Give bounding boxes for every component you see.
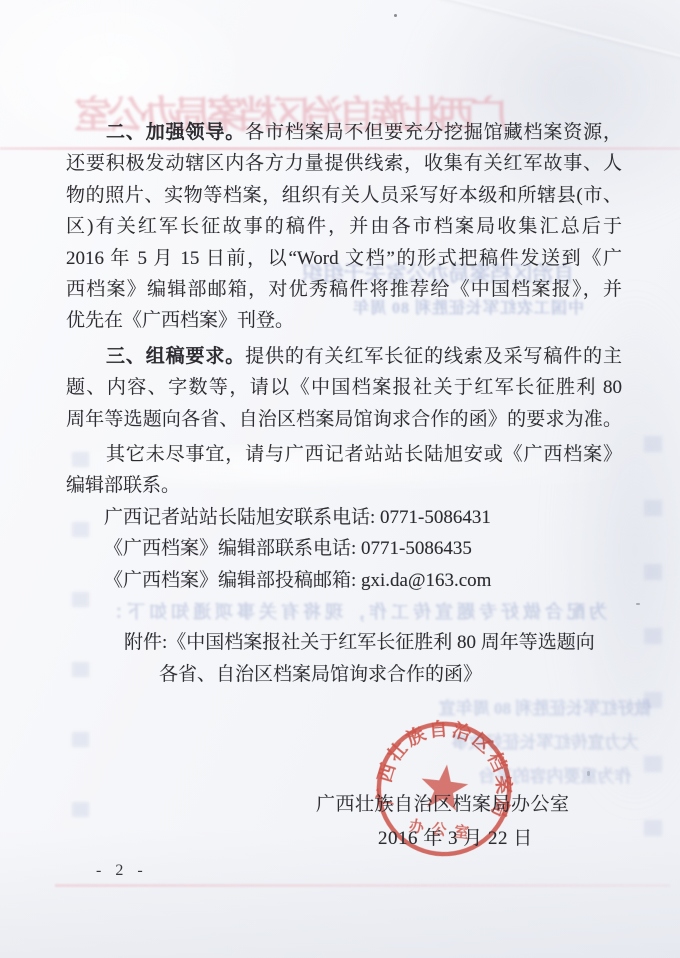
- bleedthrough-letterhead-rule-bottom: [55, 884, 670, 887]
- contact-info-block: 广西记者站站长陆旭安联系电话: 0771-5086431 《广西档案》编辑部联系…: [66, 502, 622, 596]
- body-line: 物的照片、实物等档案，组织有关人员采写好本级和所辖县(市、: [66, 180, 622, 211]
- bleedthrough-right-margin-marks: [644, 436, 662, 866]
- paper-speck: [394, 14, 397, 17]
- body-line: 区)有关红军长征故事的稿件，并由各市档案局收集汇总后于: [66, 211, 622, 242]
- body-line: 2016 年 5 月 15 日前，以“Word 文档”的形式把稿件发送到《广: [66, 243, 622, 274]
- body-line: 西档案》编辑部邮箱，对优秀稿件将推荐给《中国档案报》，并: [66, 274, 622, 305]
- body-line: 三、组稿要求。提供的有关红军长征的线索及采写稿件的主: [66, 341, 622, 372]
- section-heading: 三、组稿要求。: [106, 346, 245, 367]
- signature-organization: 广西壮族自治区档案局办公室: [316, 789, 570, 816]
- paragraph-section-2: 二、加强领导。各市档案局不但要充分挖掘馆藏档案资源， 还要积极发动辖区内各方力量…: [66, 117, 622, 337]
- body-line: 编辑部联系。: [66, 470, 622, 501]
- body-line: 二、加强领导。各市档案局不但要充分挖掘馆藏档案资源，: [66, 117, 622, 148]
- section-heading: 二、加强领导。: [106, 122, 245, 143]
- paragraph-section-4: 其它未尽事宜，请与广西记者站站长陆旭安或《广西档案》 编辑部联系。: [66, 439, 622, 502]
- body-line: 周年等选题向各省、自治区档案局馆询求合作的函》的要求为准。: [66, 404, 622, 435]
- contact-phone-editorial: 《广西档案》编辑部联系电话: 0771-5086435: [66, 533, 622, 564]
- body-line: 优先在《广西档案》刊登。: [66, 305, 622, 336]
- paper-speck: [636, 603, 640, 605]
- paper-shadow-bottom: [0, 828, 680, 958]
- contact-phone-station-chief: 广西记者站站长陆旭安联系电话: 0771-5086431: [66, 502, 622, 533]
- body-line: 还要积极发动辖区内各方力量提供线索，收集有关红军故事、人: [66, 148, 622, 179]
- attachment-block: 附件:《中国档案报社关于红军长征胜利 80 周年等选题向 各省、自治区档案局馆询…: [66, 627, 622, 690]
- contact-email-editorial: 《广西档案》编辑部投稿邮箱: gxi.da@163.com: [66, 565, 622, 596]
- body-line: 其它未尽事宜，请与广西记者站站长陆旭安或《广西档案》: [66, 439, 622, 470]
- attachment-line: 附件:《中国档案报社关于红军长征胜利 80 周年等选题向: [66, 627, 622, 658]
- attachment-line: 各省、自治区档案局馆询求合作的函》: [66, 659, 622, 690]
- body-text: 各市档案局不但要充分挖掘馆藏档案资源，: [245, 122, 622, 143]
- body-text: 提供的有关红军长征的线索及采写稿件的主: [245, 346, 622, 367]
- document-body: 二、加强领导。各市档案局不但要充分挖掘馆藏档案资源， 还要积极发动辖区内各方力量…: [66, 117, 622, 690]
- paper-crease-top-right: [434, 0, 680, 68]
- paper-speck: [587, 771, 590, 776]
- signature-date: 2016 年 3 月 22 日: [378, 823, 533, 850]
- scanned-document-page: 广西壮族自治区档案局办公室 自治区档案局办公室关于组织 中国工农红军长征胜利 8…: [0, 0, 680, 958]
- paragraph-section-3: 三、组稿要求。提供的有关红军长征的线索及采写稿件的主 题、内容、字数等，请以《中…: [66, 341, 622, 435]
- body-line: 题、内容、字数等，请以《中国档案报社关于红军长征胜利 80: [66, 372, 622, 403]
- page-number: - 2 -: [96, 862, 148, 880]
